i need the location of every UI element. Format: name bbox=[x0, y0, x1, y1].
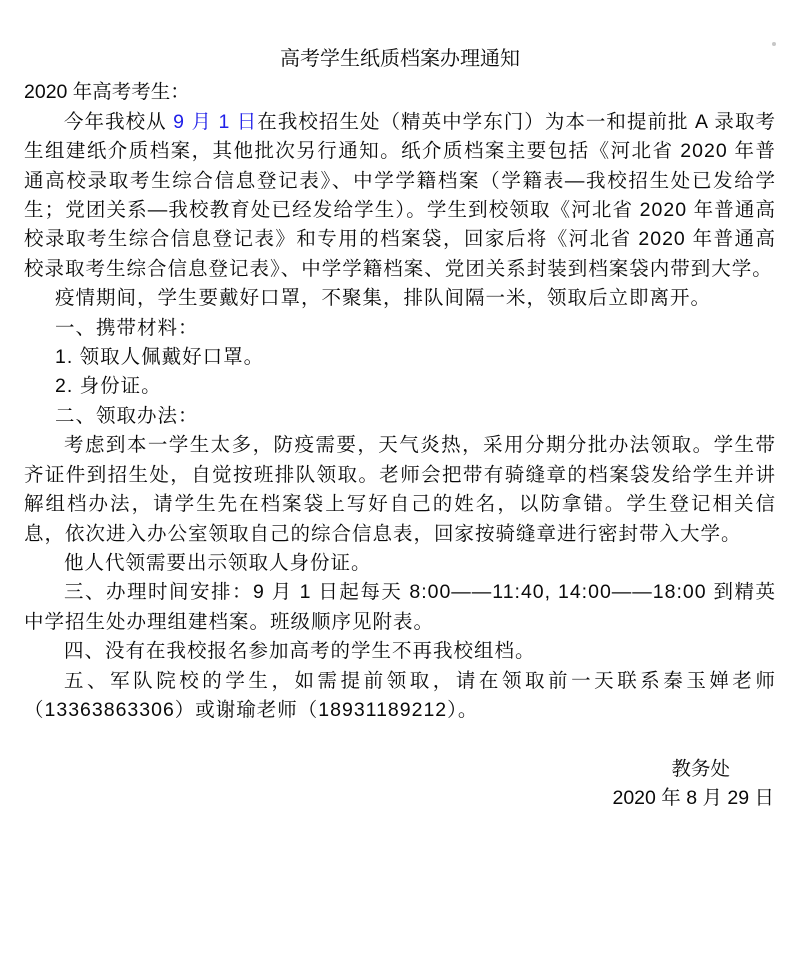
paragraph-intro-post: 在我校招生处（精英中学东门）为本一和提前批 A 录取考生组建纸介质档案，其他批次… bbox=[24, 111, 776, 280]
paragraph-intro: 今年我校从 9 月 1 日在我校招生处（精英中学东门）为本一和提前批 A 录取考… bbox=[24, 108, 776, 284]
notice-document: 高考学生纸质档案办理通知 2020 年高考考生： 今年我校从 9 月 1 日在我… bbox=[0, 0, 800, 814]
list-item-1: 1. 领取人佩戴好口罩。 bbox=[24, 343, 776, 372]
salutation-line: 2020 年高考考生： bbox=[24, 78, 776, 107]
highlighted-date-text: 9 月 1 日 bbox=[173, 111, 257, 133]
page-title: 高考学生纸质档案办理通知 bbox=[24, 45, 776, 74]
paragraph-epidemic-rules: 疫情期间，学生要戴好口罩，不聚集，排队间隔一米，领取后立即离开。 bbox=[24, 284, 776, 313]
paragraph-collection-method: 考虑到本一学生太多，防疫需要，天气炎热，采用分期分批办法领取。学生带齐证件到招生… bbox=[24, 431, 776, 549]
section-5-paragraph-contacts: 五、军队院校的学生，如需提前领取，请在领取前一天联系秦玉婵老师（13363863… bbox=[24, 667, 776, 726]
paragraph-intro-pre: 今年我校从 bbox=[64, 111, 173, 133]
signature-block: 教务处 2020 年 8 月 29 日 bbox=[24, 755, 776, 814]
scan-artifact-dot bbox=[772, 42, 776, 46]
list-item-2: 2. 身份证。 bbox=[24, 372, 776, 401]
signature-date: 2020 年 8 月 29 日 bbox=[24, 784, 776, 813]
section-1-heading: 一、携带材料： bbox=[24, 314, 776, 343]
paragraph-proxy-collection: 他人代领需要出示领取人身份证。 bbox=[24, 549, 776, 578]
signature-department: 教务处 bbox=[24, 755, 776, 784]
section-4-paragraph: 四、没有在我校报名参加高考的学生不再我校组档。 bbox=[24, 637, 776, 666]
section-3-paragraph-schedule: 三、办理时间安排：9 月 1 日起每天 8:00——11:40, 14:00——… bbox=[24, 578, 776, 637]
section-2-heading: 二、领取办法： bbox=[24, 402, 776, 431]
